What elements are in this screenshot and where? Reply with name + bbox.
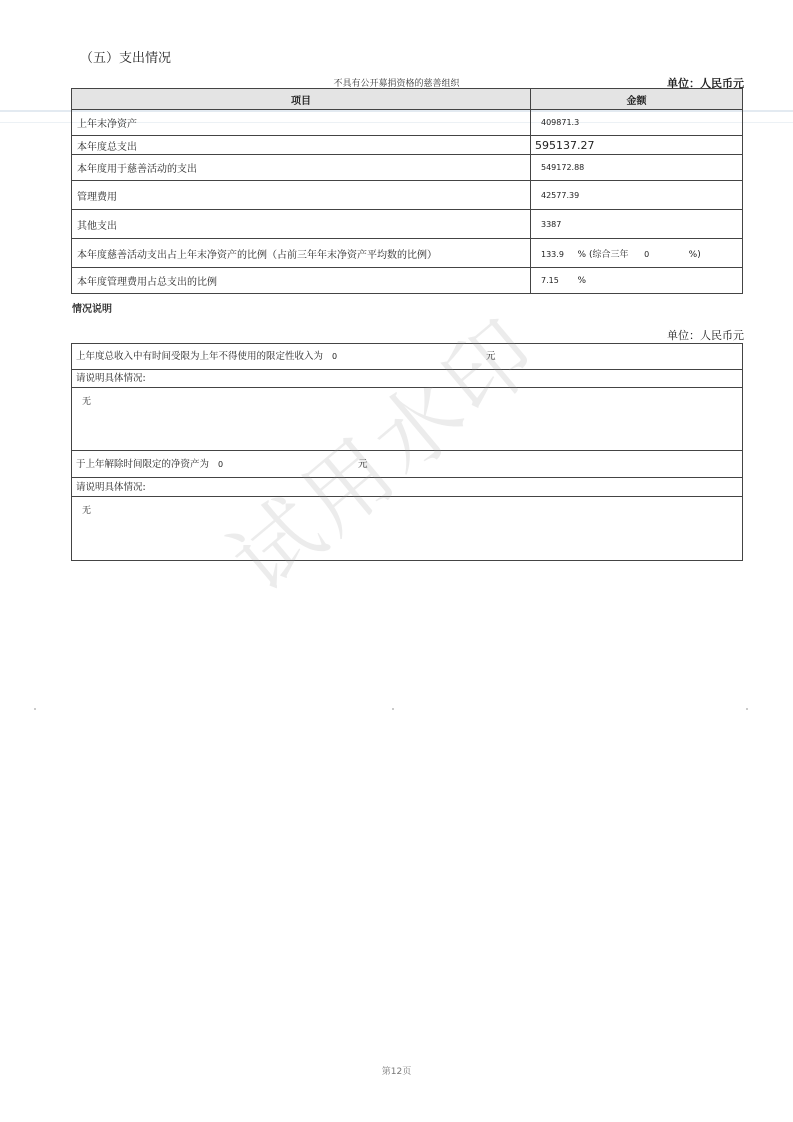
currency-label: 元 (486, 344, 496, 370)
released-assets-row: 于上年解除时间限定的净资产为 0 元 (72, 451, 742, 478)
row-value: 595137.27 (531, 136, 743, 155)
row-value-ratio: 133.9 % (综合三年 0 %) (531, 239, 743, 268)
table-row: 本年度总支出 595137.27 (72, 136, 743, 155)
column-header-item: 项目 (72, 89, 531, 110)
explain-text-row: 无 (72, 497, 742, 559)
row-label: 上年末净资产 (72, 110, 531, 136)
restricted-income-row: 上年度总收入中有时间受限为上年不得使用的限定性收入为 0 元 (72, 344, 742, 370)
row-label: 本年度用于慈善活动的支出 (72, 155, 531, 181)
table-row: 上年末净资产 409871.3 (72, 110, 743, 136)
table-row: 本年度用于慈善活动的支出 549172.88 (72, 155, 743, 181)
page-number: 第12页 (0, 1064, 793, 1077)
table-row: 本年度管理费用占总支出的比例 7.15 % (72, 268, 743, 294)
row-label: 其他支出 (72, 210, 531, 239)
section-title: （五）支出情况 (80, 47, 171, 66)
released-assets-value: 0 (218, 451, 223, 478)
released-assets-label: 于上年解除时间限定的净资产为 (76, 459, 209, 470)
scan-dot (34, 708, 36, 710)
notes-box: 上年度总收入中有时间受限为上年不得使用的限定性收入为 0 元 请说明具体情况: … (71, 343, 743, 561)
row-value-ratio: 7.15 % (531, 268, 743, 294)
expenditure-table: 项目 金额 上年末净资产 409871.3 本年度总支出 595137.27 本… (71, 88, 743, 294)
ratio-value: 133.9 (541, 250, 575, 259)
row-label: 本年度慈善活动支出占上年末净资产的比例（占前三年年末净资产平均数的比例） (72, 239, 531, 268)
row-label: 本年度管理费用占总支出的比例 (72, 268, 531, 294)
three-year-value: 0 (644, 250, 686, 259)
row-value: 409871.3 (531, 110, 743, 136)
restricted-income-label: 上年度总收入中有时间受限为上年不得使用的限定性收入为 (76, 351, 323, 362)
explain-label-row: 请说明具体情况: (72, 370, 742, 388)
ratio-value: 7.15 (541, 276, 575, 285)
notes-unit-label: 单位：人民币元 (667, 327, 744, 343)
row-value: 549172.88 (531, 155, 743, 181)
explain-label-row: 请说明具体情况: (72, 478, 742, 497)
currency-label: 元 (358, 451, 368, 478)
ratio-suffix: % (综合三年 (578, 247, 642, 260)
ratio-suffix: % (578, 276, 587, 286)
table-row: 本年度慈善活动支出占上年末净资产的比例（占前三年年末净资产平均数的比例） 133… (72, 239, 743, 268)
notes-title: 情况说明 (72, 300, 112, 315)
table-row: 其他支出 3387 (72, 210, 743, 239)
row-value: 42577.39 (531, 181, 743, 210)
restricted-income-value: 0 (332, 344, 337, 370)
scan-dot (392, 708, 394, 710)
table-row: 管理费用 42577.39 (72, 181, 743, 210)
row-value: 3387 (531, 210, 743, 239)
scan-dot (746, 708, 748, 710)
explain-text-row: 无 (72, 388, 742, 451)
column-header-amount: 金额 (531, 89, 743, 110)
row-label: 管理费用 (72, 181, 531, 210)
row-label: 本年度总支出 (72, 136, 531, 155)
three-year-suffix: %) (689, 250, 701, 260)
